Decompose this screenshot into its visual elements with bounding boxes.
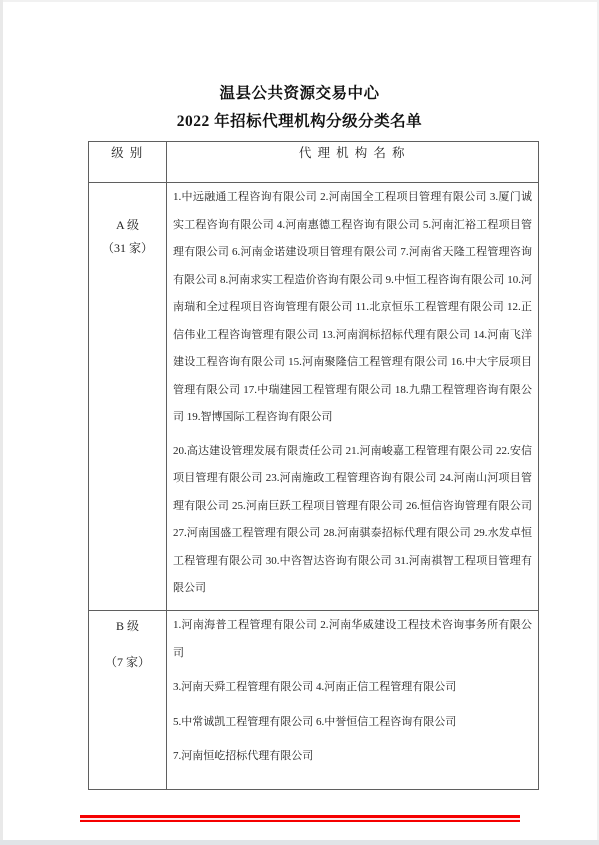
page-edge-bottom (0, 840, 599, 845)
grade-b-agencies-line-4: 7.河南恒屹招标代理有限公司 (173, 743, 532, 771)
document-subtitle: 2022 年招标代理机构分级分类名单 (0, 112, 599, 132)
grade-b-agencies-line-2: 3.河南天舜工程管理有限公司 4.河南正信工程管理有限公司 (173, 674, 532, 702)
grade-a-agency-list: 1.中远融通工程咨询有限公司 2.河南国全工程项目管理有限公司 3.厦门诚实工程… (167, 183, 539, 611)
column-header-agency-name: 代 理 机 构 名 称 (167, 142, 539, 183)
grade-a-count: （31 家） (90, 242, 165, 255)
document-page: { "page": { "title": "温县公共资源交易中心", "subt… (0, 0, 599, 845)
grade-a-label: A 级 (116, 218, 139, 232)
column-header-level: 级 别 (89, 142, 167, 183)
table-row-grade-a: A 级 （31 家） 1.中远融通工程咨询有限公司 2.河南国全工程项目管理有限… (89, 183, 539, 611)
red-divider-line (80, 815, 520, 822)
grade-a-agencies-20-31: 20.高达建设管理发展有限责任公司 21.河南峻嘉工程管理有限公司 22.安信项… (173, 438, 532, 603)
grade-a-level-cell: A 级 （31 家） (89, 183, 167, 611)
grade-b-level-cell: B 级 （7 家） (89, 611, 167, 790)
document-title: 温县公共资源交易中心 (0, 84, 599, 104)
page-edge-left (0, 0, 3, 845)
agency-grade-table: 级 别 代 理 机 构 名 称 A 级 （31 家） 1.中远融通工程咨询有限公… (88, 141, 539, 790)
grade-a-agencies-1-19: 1.中远融通工程咨询有限公司 2.河南国全工程项目管理有限公司 3.厦门诚实工程… (173, 184, 532, 432)
grade-b-label: B 级 (116, 619, 139, 633)
grade-b-count: （7 家） (90, 656, 165, 669)
table-header-row: 级 别 代 理 机 构 名 称 (89, 142, 539, 183)
table-row-grade-b: B 级 （7 家） 1.河南海普工程管理有限公司 2.河南华威建设工程技术咨询事… (89, 611, 539, 790)
grade-b-agencies-line-1: 1.河南海普工程管理有限公司 2.河南华威建设工程技术咨询事务所有限公司 (173, 612, 532, 667)
grade-b-agency-list: 1.河南海普工程管理有限公司 2.河南华威建设工程技术咨询事务所有限公司 3.河… (167, 611, 539, 790)
grade-b-agencies-line-3: 5.中常诚凯工程管理有限公司 6.中誉恒信工程咨询有限公司 (173, 709, 532, 737)
page-edge-top (0, 0, 599, 2)
